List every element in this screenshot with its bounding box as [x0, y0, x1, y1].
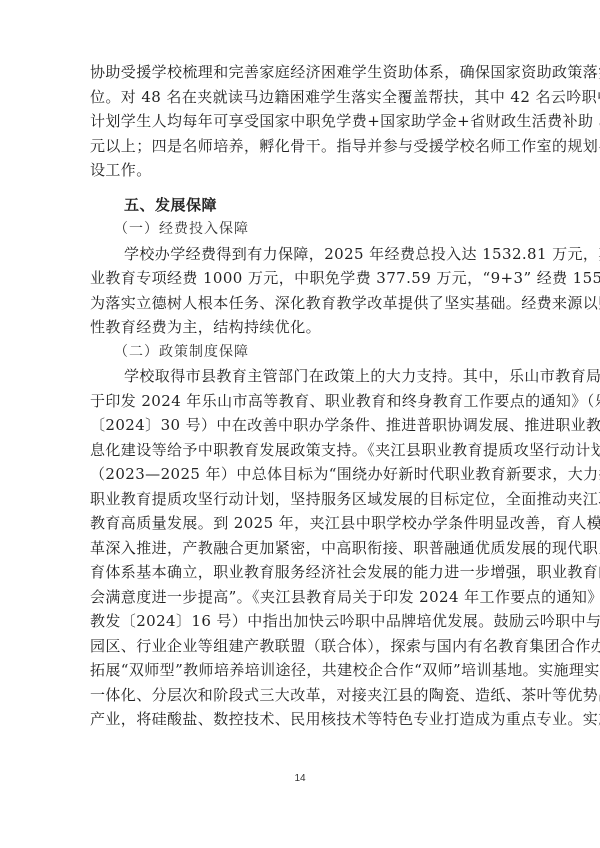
text-line: 计划学生人均每年可享受国家中职免学费+国家助学金+省财政生活费补助 5300 — [90, 109, 512, 134]
text-line: 位。对 48 名在夹就读马边籍困难学生落实全覆盖帮扶，其中 42 名云吟职中“9… — [90, 85, 512, 110]
text-line: 拓展“双师型”教师培养培训途径，共建校企合作“双师”培训基地。实施理实 — [90, 658, 512, 683]
text-line: 会满意度进一步提高”。《夹江县教育局关于印发 2024 年工作要点的通知》（夹 — [90, 585, 512, 610]
paragraph-policy: 学校取得市县教育主管部门在政策上的大力支持。其中，乐山市教育局《关 于印发 20… — [90, 364, 512, 732]
text-line: 育体系基本确立，职业教育服务经济社会发展的能力进一步增强，职业教育的社 — [90, 560, 512, 585]
text-line: 职业教育提质攻坚行动计划，坚持服务区域发展的目标定位，全面推动夹江职业 — [90, 487, 512, 512]
page-number: 14 — [0, 773, 600, 784]
subsection-title-funding: （一）经费投入保障 — [90, 217, 512, 242]
paragraph-funding: 学校办学经费得到有力保障，2025 年经费总投入达 1532.81 万元，其中职… — [90, 242, 512, 340]
text-line: 一体化、分层次和阶段式三大改革，对接夹江县的陶瓷、造纸、茶叶等优势品牌 — [90, 683, 512, 708]
subsection-title-policy: （二）政策制度保障 — [90, 340, 512, 365]
text-line: 协助受援学校梳理和完善家庭经济困难学生资助体系，确保国家资助政策落实到 — [90, 60, 512, 85]
text-line: 园区、行业企业等组建产教联盟（联合体），探索与国内有名教育集团合作办学， — [90, 634, 512, 659]
text-line: 业教育专项经费 1000 万元，中职免学费 377.59 万元，“9+3” 经费… — [90, 266, 512, 291]
section-heading-development-guarantee: 五、发展保障 — [90, 193, 512, 218]
text-line: 性教育经费为主，结构持续优化。 — [90, 315, 512, 340]
text-line: 学校办学经费得到有力保障，2025 年经费总投入达 1532.81 万元，其中职 — [90, 242, 512, 267]
text-line: 教育高质量发展。到 2025 年，夹江县中职学校办学条件明显改善，育人模式改 — [90, 511, 512, 536]
text-line: 元以上；四是名师培养，孵化骨干。指导并参与受援学校名师工作室的规划与建 — [90, 134, 512, 159]
text-line: 学校取得市县教育主管部门在政策上的大力支持。其中，乐山市教育局《关 — [90, 364, 512, 389]
text-line: 为落实立德树人根本任务、深化教育教学改革提供了坚实基础。经费来源以财政 — [90, 291, 512, 316]
document-page: 协助受援学校梳理和完善家庭经济困难学生资助体系，确保国家资助政策落实到 位。对 … — [90, 60, 512, 732]
text-line: （2023—2025 年）中总体目标为“围绕办好新时代职业教育新要求，大力推进 — [90, 462, 512, 487]
text-line: 设工作。 — [90, 158, 512, 183]
text-line: 教发〔2024〕16 号）中指出加快云吟职中品牌培优发展。鼓励云吟职中与产业 — [90, 609, 512, 634]
text-line: 〔2024〕30 号）中在改善中职办学条件、推进普职协调发展、推进职业教育信 — [90, 413, 512, 438]
text-line: 革深入推进，产教融合更加紧密，中高职衔接、职普融通优质发展的现代职业教 — [90, 536, 512, 561]
paragraph-student-aid: 协助受援学校梳理和完善家庭经济困难学生资助体系，确保国家资助政策落实到 位。对 … — [90, 60, 512, 183]
text-line: 于印发 2024 年乐山市高等教育、职业教育和终身教育工作要点的通知》（乐教函 — [90, 389, 512, 414]
text-line: 产业，将硅酸盐、数控技术、民用核技术等特色专业打造成为重点专业。实施夹 — [90, 707, 512, 732]
text-line: 息化建设等给予中职教育发展政策支持。《夹江县职业教育提质攻坚行动计划》 — [90, 438, 512, 463]
